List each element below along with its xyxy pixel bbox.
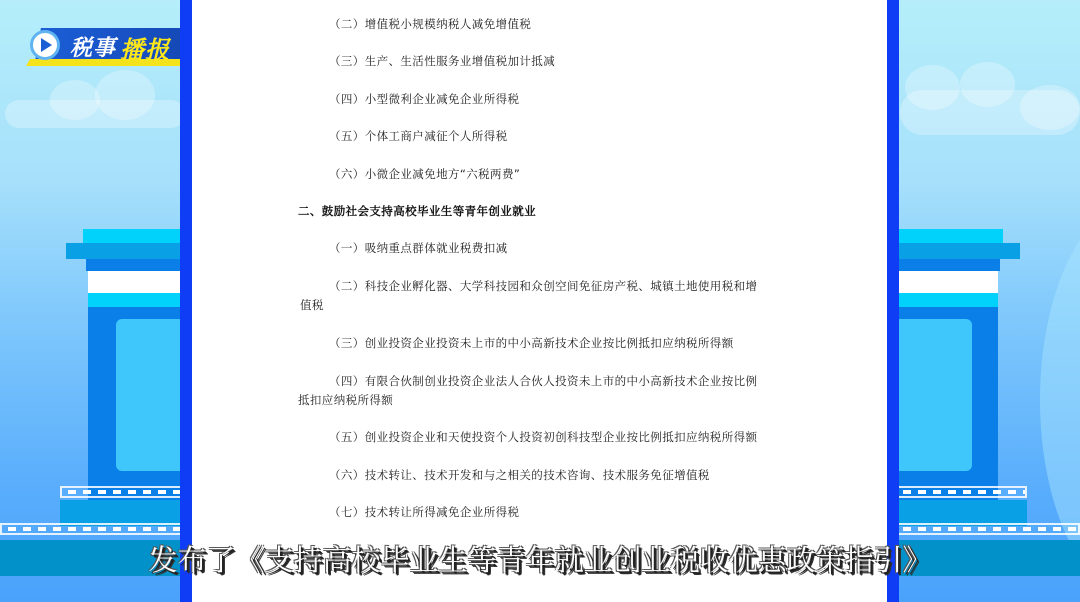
document-line: （六）技术转让、技术开发和与之相关的技术咨询、技术服务免征增值税 [329, 467, 710, 483]
logo-text-white: 税事 [70, 31, 116, 62]
document-line: （二）科技企业孵化器、大学科技园和众创空间免征房产税、城镇土地使用税和增 [329, 278, 757, 294]
document-line: （五）创业投资企业和天使投资个人投资初创科技型企业按比例抵扣应纳税所得额 [329, 429, 757, 445]
document-line: （五）个体工商户减征个人所得税 [329, 128, 508, 144]
cloud-right-bump [960, 62, 1015, 107]
cloud-right-bump [905, 65, 960, 110]
cloud-left-bump [95, 70, 155, 120]
document-line: （六）小微企业减免地方“六税两费” [329, 166, 520, 182]
document-line: （三）生产、生活性服务业增值税加计抵减 [329, 53, 555, 69]
document-line: （四）小型微利企业减免企业所得税 [329, 91, 519, 107]
logo-text-yellow: 播报 [120, 30, 170, 65]
video-subtitle: 发布了《支持高校毕业生等青年就业创业税收优惠政策指引》 [0, 538, 1080, 578]
policy-document: （二）增值税小规模纳税人减免增值税 （三）生产、生活性服务业增值税加计抵减 （四… [192, 0, 887, 602]
document-line: （三）创业投资企业投资未上市的中小高新技术企业按比例抵扣应纳税所得额 [329, 335, 734, 351]
section-heading: 二、鼓励社会支持高校毕业生等青年创业就业 [298, 203, 536, 219]
dashed-strip-left-upper [60, 486, 200, 498]
dashed-strip-right-lower [880, 523, 1080, 535]
document-line: （一）吸纳重点群体就业税费扣减 [329, 240, 508, 256]
document-line: 抵扣应纳税所得额 [298, 392, 393, 408]
document-line: （四）有限合伙制创业投资企业法人合伙人投资未上市的中小高新技术企业按比例 [329, 373, 757, 389]
dashed-strip-right-upper [880, 486, 1027, 498]
document-line: 值税 [300, 297, 324, 313]
play-icon [30, 30, 60, 60]
dashed-strip-left-lower [0, 523, 200, 535]
document-line: （七）技术转让所得减免企业所得税 [329, 504, 519, 520]
document-line: （二）增值税小规模纳税人减免增值税 [329, 16, 531, 32]
show-logo: 税事 播报 [24, 28, 194, 68]
cloud-left-bump [50, 80, 100, 120]
cloud-right-bump [1020, 85, 1080, 130]
